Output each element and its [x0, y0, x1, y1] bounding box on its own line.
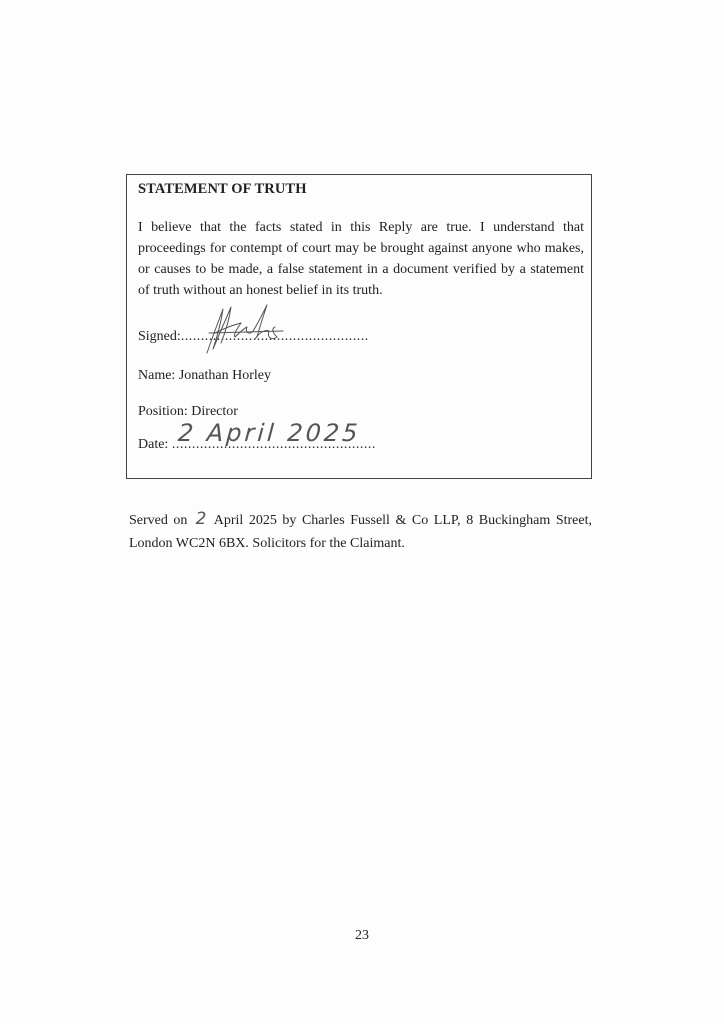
name-label: Name: [138, 368, 179, 383]
position-value: Director [191, 404, 238, 419]
position-label: Position: [138, 404, 191, 419]
signature-icon [193, 303, 313, 355]
handwritten-service-day: 2 [193, 508, 209, 531]
signed-label: Signed: [138, 329, 181, 344]
document-page: STATEMENT OF TRUTH I believe that the fa… [0, 0, 724, 1024]
handwritten-date: 2 April 2025 [177, 419, 361, 447]
page-number: 23 [0, 928, 724, 944]
service-statement: Served on 2 April 2025 by Charles Fussel… [129, 508, 592, 555]
position-field: Position: Director [138, 404, 238, 420]
date-label: Date: [138, 437, 172, 452]
statement-of-truth-title: STATEMENT OF TRUTH [138, 181, 307, 198]
signed-field: Signed:.................................… [138, 329, 369, 345]
name-field: Name: Jonathan Horley [138, 368, 271, 384]
statement-of-truth-body: I believe that the facts stated in this … [138, 217, 584, 301]
service-prefix: Served on [129, 513, 193, 528]
name-value: Jonathan Horley [179, 368, 271, 383]
statement-of-truth-box: STATEMENT OF TRUTH I believe that the fa… [126, 174, 592, 479]
date-field: Date: ..................................… [138, 437, 376, 453]
